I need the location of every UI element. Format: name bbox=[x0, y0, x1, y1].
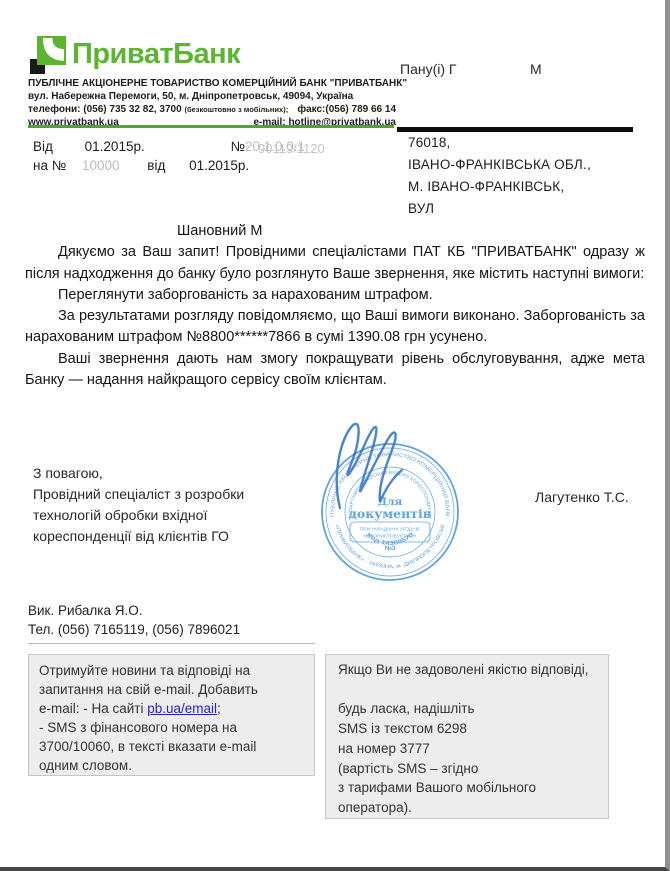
sms-line4: на номер 3777 bbox=[338, 739, 596, 759]
paragraph-2: Переглянути заборгованість за нараховани… bbox=[25, 285, 645, 306]
recipient-region: ІВАНО-ФРАНКІВСЬКА ОБЛ., bbox=[408, 154, 591, 176]
ref-number-prefix: № bbox=[230, 139, 244, 154]
salutation-initial: М bbox=[530, 61, 542, 77]
sms-line2: будь ласка, надішліть bbox=[338, 699, 596, 719]
letterhead: ПриватБанк ПУБЛІЧНЕ АКЦІОНЕРНЕ ТОВАРИСТВ… bbox=[28, 33, 396, 128]
sms-line5: (вартість SMS – згідно bbox=[338, 759, 596, 779]
ref-from-label: Від bbox=[33, 139, 53, 154]
phones-note: (безкоштовно з мобільних); bbox=[184, 105, 288, 114]
sms-feedback-box: Якщо Ви не задоволені якістю відповіді, … bbox=[325, 654, 609, 819]
footer-divider bbox=[28, 643, 315, 644]
email-info-line2: запитання на свій e-mail. Добавить bbox=[39, 680, 304, 699]
ref-reply-date: 01.2015р. bbox=[189, 158, 249, 173]
ref-from-date: 01.2015р. bbox=[85, 139, 145, 154]
phones-line: телефони: (056) 735 32 82, 3700 (безкошт… bbox=[28, 104, 396, 115]
ref-reply-number-faded: 10000 bbox=[82, 158, 120, 173]
sms-line3: SMS із текстом 6298 bbox=[338, 719, 596, 739]
email-info-line6: одним словом. bbox=[39, 756, 304, 775]
ref-line-reply: на № 10000 від 01.2015р. bbox=[33, 156, 305, 175]
paragraph-1: Дякуємо за Ваш запит! Провідними спеціал… bbox=[25, 242, 645, 285]
fax-text: факс:(056) 789 66 14 bbox=[297, 104, 396, 115]
sms-line6: з тарифами Вашого мобільного bbox=[338, 778, 596, 798]
closing: З повагою, bbox=[33, 463, 244, 484]
stamp-notice-line1: ПРИ УКЛАДАННІ УГОД НЕ bbox=[360, 527, 420, 533]
ref-reply-mid: від bbox=[147, 158, 165, 173]
recipient-city: М. ІВАНО-ФРАНКІВСЬК, bbox=[408, 176, 591, 198]
sms-line1: Якщо Ви не задоволені якістю відповіді, bbox=[338, 660, 596, 680]
executor-phone: Тел. (056) 7165119, (056) 7896021 bbox=[28, 621, 240, 640]
signer-title-1: Провідний спеціаліст з розробки bbox=[33, 484, 244, 505]
ref-extra-faded: 90119/1120 bbox=[258, 141, 325, 156]
sms-blank-line bbox=[338, 680, 596, 700]
pb-ua-email-link[interactable]: pb.ua/email bbox=[147, 701, 217, 716]
phones-text: телефони: (056) 735 32 82, 3700 bbox=[28, 104, 182, 115]
email-info-line5: 3700/10060, в тексті вказати e-mail bbox=[39, 737, 304, 756]
recipient-address: 76018, ІВАНО-ФРАНКІВСЬКА ОБЛ., М. ІВАНО-… bbox=[408, 132, 591, 220]
signer-title-2: технологій обробки вхідної bbox=[33, 505, 244, 526]
stamp-notice-line2: ВИКОРИСТОВУЄТЬСЯ bbox=[364, 534, 416, 540]
executor-name: Вик. Рибалка Я.О. bbox=[28, 602, 240, 621]
email-info-line1: Отримуйте новини та відповіді на bbox=[39, 661, 304, 680]
letter-body: Шановний М Дякуємо за Ваш запит! Провідн… bbox=[25, 221, 645, 391]
ref-reply-label: на № bbox=[33, 158, 66, 173]
signature-block: З повагою, Провідний спеціаліст з розроб… bbox=[33, 463, 244, 547]
recipient-street: ВУЛ bbox=[408, 198, 591, 220]
salutation-title: Пану(і) Г bbox=[400, 61, 457, 77]
email-info-box: Отримуйте новини та відповіді на запитан… bbox=[28, 654, 315, 776]
paragraph-4: Ваші звернення дають нам змогу покращува… bbox=[25, 349, 645, 392]
email-info-line3-suffix: ; bbox=[217, 701, 221, 716]
brand-name: ПриватБанк bbox=[72, 38, 240, 71]
logo-row: ПриватБанк bbox=[28, 33, 396, 76]
org-line: ПУБЛІЧНЕ АКЦІОНЕРНЕ ТОВАРИСТВО КОМЕРЦІЙН… bbox=[28, 78, 396, 89]
signer-name: Лагутенко Т.С. bbox=[535, 489, 629, 505]
email-info-line3: e-mail: - На сайті pb.ua/email; bbox=[39, 699, 304, 718]
email-info-line3-prefix: e-mail: - На сайті bbox=[39, 701, 147, 716]
handwritten-signature-icon bbox=[318, 412, 438, 522]
recipient-postal-code: 76018, bbox=[408, 132, 591, 154]
email-info-line4: - SMS з фінансового номера на bbox=[39, 718, 304, 737]
header-green-rule bbox=[28, 125, 394, 128]
letter-page: ПриватБанк ПУБЛІЧНЕ АКЦІОНЕРНЕ ТОВАРИСТВ… bbox=[0, 0, 670, 871]
executor-block: Вик. Рибалка Я.О. Тел. (056) 7165119, (0… bbox=[28, 602, 240, 639]
greeting: Шановний М bbox=[177, 221, 645, 242]
signer-title-3: кореспонденції від клієнтів ГО bbox=[33, 526, 244, 547]
address-line: вул. Набережна Перемоги, 50, м. Дніпропе… bbox=[28, 91, 396, 102]
sms-line7: оператора). bbox=[338, 798, 596, 818]
stamp-number: №3 bbox=[385, 545, 396, 552]
privatbank-logo-icon bbox=[28, 34, 68, 76]
paragraph-3: За результатами розгляду повідомляємо, щ… bbox=[25, 306, 645, 349]
